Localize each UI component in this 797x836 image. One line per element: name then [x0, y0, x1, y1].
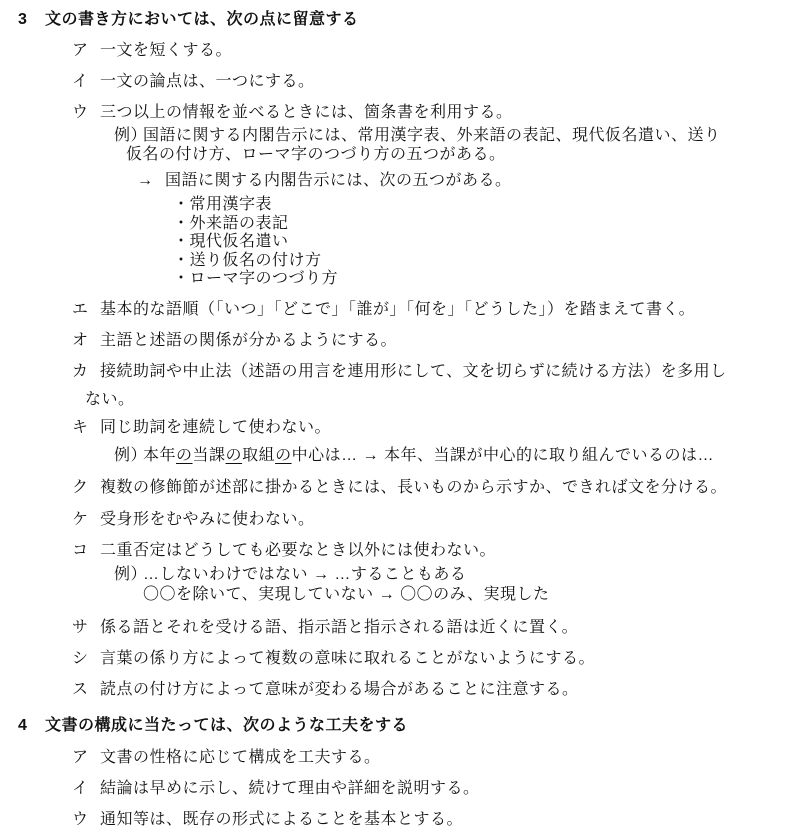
- rewrite-arrow-line: →国語に関する内閣告示には、次の五つがある。: [0, 171, 797, 190]
- bullet-item: ・送り仮名の付け方: [0, 252, 797, 271]
- example-label: 例）: [114, 446, 143, 465]
- item-label: ケ: [72, 510, 100, 529]
- list-item-su: ス読点の付け方によって意味が変わる場合があることに注意する。: [0, 680, 797, 699]
- list-item-u: ウ三つ以上の情報を並べるときには、箇条書を利用する。: [0, 103, 797, 122]
- underlined-particle: の: [226, 447, 243, 464]
- item-text-continuation: ない。: [0, 390, 797, 409]
- list-item-a2: ア文書の性格に応じて構成を工夫する。: [0, 748, 797, 767]
- item-label: イ: [72, 72, 100, 91]
- example-text: 国語に関する内閣告示には、常用漢字表、外来語の表記、現代仮名遣い、送り: [143, 127, 721, 144]
- item-label: シ: [72, 649, 100, 668]
- item-text: 同じ助詞を連続して使わない。: [100, 419, 331, 436]
- underlined-particle: の: [275, 447, 292, 464]
- item-label: ア: [72, 748, 100, 767]
- item-text: 読点の付け方によって意味が変わる場合があることに注意する。: [100, 681, 579, 698]
- item-label: ウ: [72, 810, 100, 829]
- bullet-item: ・常用漢字表: [0, 196, 797, 215]
- item-text: 複数の修飾節が述部に掛かるときには、長いものから示すか、できれば文を分ける。: [100, 479, 727, 496]
- section-title: 文の書き方においては、次の点に留意する: [45, 11, 359, 28]
- section-number: 3: [18, 10, 45, 29]
- item-text: ない。: [85, 391, 135, 408]
- item-label: コ: [72, 541, 100, 560]
- example-text: …しないわけではない → …することもある: [143, 566, 466, 583]
- bullet-text: ・現代仮名遣い: [173, 233, 289, 250]
- bullet-text: ・送り仮名の付け方: [173, 252, 322, 269]
- item-text: 受身形をむやみに使わない。: [100, 511, 315, 528]
- right-arrow-glyph: →: [137, 171, 165, 190]
- list-item-u2: ウ通知等は、既存の形式によることを基本とする。: [0, 810, 797, 829]
- bullet-item: ・現代仮名遣い: [0, 233, 797, 252]
- list-item-o: オ主語と述語の関係が分かるようにする。: [0, 331, 797, 350]
- item-text: 文書の性格に応じて構成を工夫する。: [100, 749, 381, 766]
- bullet-text: ・外来語の表記: [173, 215, 289, 232]
- bullet-item: ・外来語の表記: [0, 215, 797, 234]
- item-label: ア: [72, 41, 100, 60]
- list-item-ka: カ接続助詞や中止法（述語の用言を連用形にして、文を切らずに続ける方法）を多用し: [0, 362, 797, 381]
- item-text: 接続助詞や中止法（述語の用言を連用形にして、文を切らずに続ける方法）を多用し: [100, 363, 727, 380]
- list-item-ku: ク複数の修飾節が述部に掛かるときには、長いものから示すか、できれば文を分ける。: [0, 478, 797, 497]
- list-item-shi: シ言葉の係り方によって複数の意味に取れることがないようにする。: [0, 649, 797, 668]
- item-text: 一文を短くする。: [100, 42, 232, 59]
- heading-section-4: 4文書の構成に当たっては、次のような工夫をする: [0, 716, 797, 735]
- item-label: サ: [72, 618, 100, 637]
- underlined-particle: の: [176, 447, 193, 464]
- bullet-item: ・ローマ字のつづり方: [0, 270, 797, 289]
- section-title: 文書の構成に当たっては、次のような工夫をする: [45, 717, 408, 734]
- rewrite-text: 国語に関する内閣告示には、次の五つがある。: [165, 172, 512, 189]
- example-continuation: 仮名の付け方、ローマ字のつづり方の五つがある。: [0, 145, 797, 164]
- item-text: 言葉の係り方によって複数の意味に取れることがないようにする。: [100, 650, 595, 667]
- list-item-i: イ一文の論点は、一つにする。: [0, 72, 797, 91]
- example-line: 例）…しないわけではない → …することもある: [0, 565, 797, 584]
- item-label: ク: [72, 478, 100, 497]
- example-continuation: 〇〇を除いて、実現していない → 〇〇のみ、実現した: [0, 585, 797, 604]
- example-segment: 本年: [143, 447, 176, 464]
- example-segment: 中心は… → 本年、当課が中心的に取り組んでいるのは…: [292, 447, 714, 464]
- item-label: オ: [72, 331, 100, 350]
- item-text: 通知等は、既存の形式によることを基本とする。: [100, 811, 463, 828]
- example-segment: 当課: [193, 447, 226, 464]
- list-item-i2: イ結論は早めに示し、続けて理由や詳細を説明する。: [0, 779, 797, 798]
- item-label: カ: [72, 362, 100, 381]
- item-text: 結論は早めに示し、続けて理由や詳細を説明する。: [100, 780, 480, 797]
- list-item-sa: サ係る語とそれを受ける語、指示語と指示される語は近くに置く。: [0, 618, 797, 637]
- example-label: 例）: [114, 565, 143, 584]
- item-text: 一文の論点は、一つにする。: [100, 73, 315, 90]
- bullet-text: ・ローマ字のつづり方: [173, 270, 338, 287]
- item-label: キ: [72, 418, 100, 437]
- item-text: 係る語とそれを受ける語、指示語と指示される語は近くに置く。: [100, 619, 578, 636]
- item-label: イ: [72, 779, 100, 798]
- example-line-underlined: 例）本年の当課の取組の中心は… → 本年、当課が中心的に取り組んでいるのは…: [0, 446, 797, 465]
- document-page: 3文の書き方においては、次の点に留意する ア一文を短くする。 イ一文の論点は、一…: [0, 0, 797, 836]
- list-item-a: ア一文を短くする。: [0, 41, 797, 60]
- heading-section-3: 3文の書き方においては、次の点に留意する: [0, 10, 797, 29]
- example-label: 例）: [114, 126, 143, 145]
- list-item-e: エ基本的な語順（「いつ」「どこで」「誰が」「何を」「どうした」）を踏まえて書く。: [0, 300, 797, 319]
- item-text: 主語と述語の関係が分かるようにする。: [100, 332, 397, 349]
- item-label: エ: [72, 300, 100, 319]
- list-item-ko: コ二重否定はどうしても必要なとき以外には使わない。: [0, 541, 797, 560]
- item-text: 基本的な語順（「いつ」「どこで」「誰が」「何を」「どうした」）を踏まえて書く。: [100, 301, 695, 318]
- item-label: ウ: [72, 103, 100, 122]
- item-text: 二重否定はどうしても必要なとき以外には使わない。: [100, 542, 496, 559]
- bullet-text: ・常用漢字表: [173, 196, 272, 213]
- section-number: 4: [18, 716, 45, 735]
- list-item-ke: ケ受身形をむやみに使わない。: [0, 510, 797, 529]
- item-text: 三つ以上の情報を並べるときには、箇条書を利用する。: [100, 104, 513, 121]
- item-label: ス: [72, 680, 100, 699]
- list-item-ki: キ同じ助詞を連続して使わない。: [0, 418, 797, 437]
- example-text: 〇〇を除いて、実現していない → 〇〇のみ、実現した: [143, 586, 550, 603]
- example-segment: 取組: [242, 447, 275, 464]
- example-line: 例）国語に関する内閣告示には、常用漢字表、外来語の表記、現代仮名遣い、送り: [0, 126, 797, 145]
- example-text: 仮名の付け方、ローマ字のつづり方の五つがある。: [126, 146, 506, 163]
